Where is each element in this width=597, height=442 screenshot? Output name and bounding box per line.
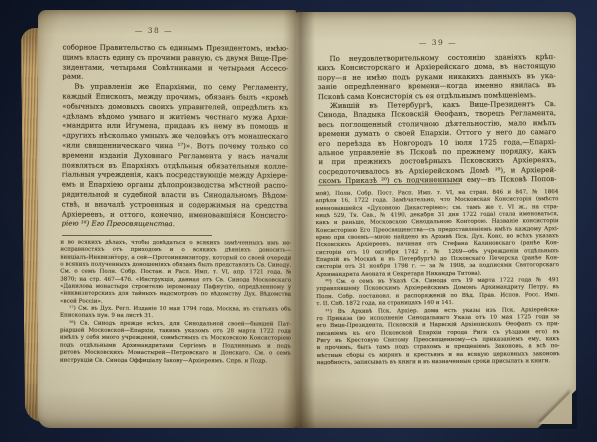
text-line: щимъ власть едину съ прочими равную, съ … xyxy=(62,53,288,64)
text-line: времени изданія Духовнаго Регламента у н… xyxy=(62,151,288,162)
text-line: ствѣ, и вначалѣ устроенныя и содержимыя … xyxy=(62,200,288,211)
right-page: — 39 — По неудовлетворительному состояні… xyxy=(296,12,576,428)
left-main-text: соборное Правительство съ единымъ Презид… xyxy=(62,43,289,230)
text-line: «обычныхъ домовыхъ своихъ управителей, о… xyxy=(62,102,288,113)
right-footnotes: мой), Полн. Собр. Пост. Расп. Имп. т. VI… xyxy=(315,189,559,367)
left-footnote-separator xyxy=(62,235,212,236)
book-photo: — 38 — соборное Правительство съ единымъ… xyxy=(0,0,597,442)
footnote-line: инструкціи Св. Синода Оффиціалу Іакову—А… xyxy=(60,357,291,365)
left-page: — 38 — соборное Правительство съ единымъ… xyxy=(38,10,296,428)
folded-corner xyxy=(539,391,572,424)
left-page-number: — 38 — xyxy=(38,26,296,35)
right-main-text: По неудовлетворительному состоянію здані… xyxy=(317,53,556,187)
text-line: зидентами, четырьмя Совѣтниками и четырь… xyxy=(62,63,288,74)
text-line: ріею ¹⁸) Его Преосвященства. xyxy=(62,220,288,231)
right-page-number: — 39 — xyxy=(296,38,576,47)
left-footnotes: и во всякихъ дѣлахъ, чтобы довѣдаться о … xyxy=(60,239,292,365)
footnote-line: надобность, записывать въ книги и въ наз… xyxy=(317,358,560,367)
